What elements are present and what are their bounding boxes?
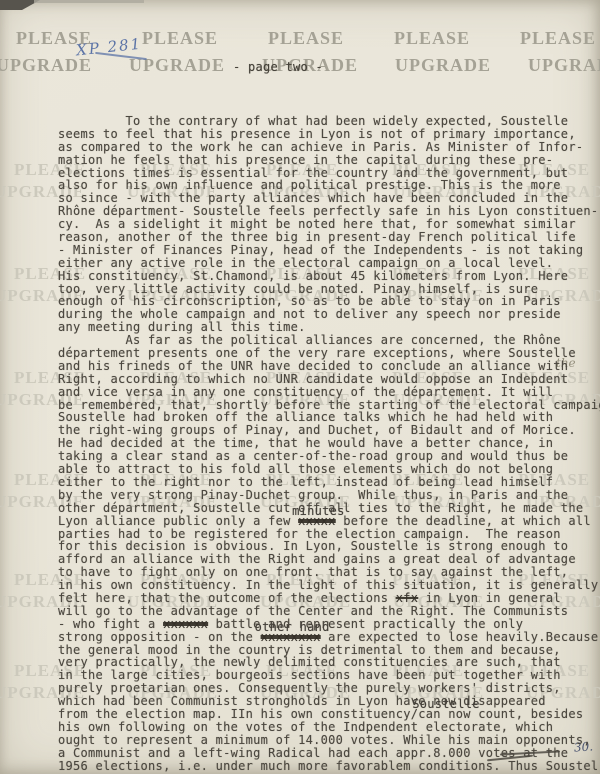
typed-line: reason, another of the three big in pres… [58, 231, 600, 244]
watermark-word: PLEASE [394, 28, 470, 49]
watermark-word: PLEASE [142, 28, 218, 49]
struck-out-text: xfx [396, 591, 419, 605]
typed-line: felt here, that the outcome of the elect… [58, 592, 600, 605]
typed-line: ought to represent a minimum of 14.000 v… [58, 734, 600, 747]
typed-insert-above: minutes [292, 505, 345, 518]
typed-line: Right, according to which no UNR candida… [58, 373, 600, 386]
typed-insert-above: other hand [255, 621, 330, 634]
typed-line: seems to feel that his presence in Lyon … [58, 128, 600, 141]
typed-line: and vice versa in any one constituency o… [58, 386, 600, 399]
typed-line: To the contrary of what had been widely … [58, 115, 600, 128]
typed-segment: canSoustelle [418, 707, 441, 721]
struck-out-text: xxxxxx [163, 617, 208, 631]
typed-line: 1956 elections, i.e. under much more fav… [58, 760, 600, 773]
struck-out-text: xxxxxminutes [298, 514, 336, 528]
struck-out-text: xxxxxxxxother hand [261, 630, 321, 644]
typed-line: able to attract to his fold all those el… [58, 463, 600, 476]
watermark-word: PLEASE [520, 28, 596, 49]
watermark-word: UPGRADE [395, 55, 491, 76]
typed-line: from the election map. IIn his own const… [58, 708, 600, 721]
typed-insert-above: Soustelle [412, 698, 480, 711]
typed-line: his own following on the votes of the In… [58, 721, 600, 734]
typed-line: either any active role in the electoral … [58, 257, 600, 270]
typed-line: His constituency, St.Chamond, is about 4… [58, 270, 600, 283]
watermark-word: PLEASE [268, 28, 344, 49]
typed-line: by the very strong Pinay-Duchet group. W… [58, 489, 600, 502]
typed-line: strong opposition - on the xxxxxxxxother… [58, 631, 600, 644]
scanned-document-page: PLEASEPLEASEPLEASEPLEASEPLEASEUPGRADEUPG… [0, 0, 600, 774]
typed-line: will go to the advantage of the Center a… [58, 605, 600, 618]
typed-body: To the contrary of what had been widely … [58, 115, 600, 772]
watermark-word: UPGRADE [528, 55, 600, 76]
scan-edge-smudge [34, 0, 144, 3]
typed-line: as compared to the work he can achieve i… [58, 141, 600, 154]
typed-line: mation he feels that his presence in the… [58, 154, 600, 167]
typed-line: département presents one of the very rar… [58, 347, 600, 360]
typed-line: a Communist and a left-wing Radical had … [58, 747, 600, 760]
typed-line: Lyon alliance public only a few xxxxxmin… [58, 515, 600, 528]
typed-line: either to the right nor to the left, ins… [58, 476, 600, 489]
page-number-header: - page two - [233, 60, 323, 74]
typed-line: and his frineds of the UNR have decided … [58, 360, 600, 373]
typed-line: - Minister of Finances Pinay, head of th… [58, 244, 600, 257]
